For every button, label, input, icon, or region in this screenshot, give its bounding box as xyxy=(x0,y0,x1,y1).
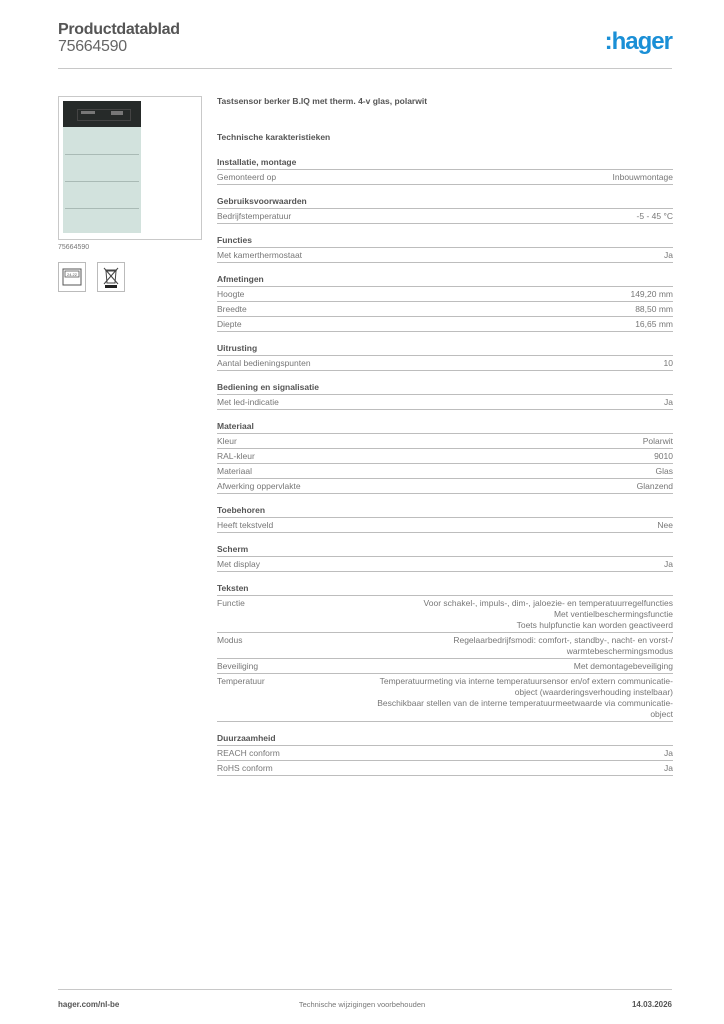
footer-divider xyxy=(58,989,672,990)
spec-value: 16,65 mm xyxy=(635,319,673,330)
spec-section: ToebehorenHeeft tekstveldNee xyxy=(217,505,673,533)
product-title: Tastsensor berker B.IQ met therm. 4-v gl… xyxy=(217,96,673,110)
spec-row: ModusRegelaarbedrijfsmodi: comfort-, sta… xyxy=(217,633,673,659)
spec-value: Ja xyxy=(664,763,673,774)
spec-label: Heeft tekstveld xyxy=(217,520,273,531)
spec-content: Tastsensor berker B.IQ met therm. 4-v gl… xyxy=(217,96,673,776)
section-title: Materiaal xyxy=(217,421,673,434)
spec-row: Afwerking oppervlakteGlanzend xyxy=(217,479,673,494)
spec-value: Glas xyxy=(656,466,673,477)
spec-value: Ja xyxy=(664,250,673,261)
spec-label: Functie xyxy=(217,598,245,631)
spec-value: Temperatuurmeting via interne temperatuu… xyxy=(377,676,673,720)
spec-row: MateriaalGlas xyxy=(217,464,673,479)
spec-label: Hoogte xyxy=(217,289,244,300)
spec-row: REACH conformJa xyxy=(217,746,673,761)
spec-row: TemperatuurTemperatuurmeting via interne… xyxy=(217,674,673,722)
spec-value-line: object (waarderingsverhouding instelbaar… xyxy=(377,687,673,698)
spec-row: Met led-indicatieJa xyxy=(217,395,673,410)
spec-value: 10 xyxy=(664,358,673,369)
spec-value: Inbouwmontage xyxy=(613,172,674,183)
spec-label: REACH conform xyxy=(217,748,280,759)
spec-label: Modus xyxy=(217,635,243,657)
spec-row: Breedte88,50 mm xyxy=(217,302,673,317)
section-title: Installatie, montage xyxy=(217,157,673,170)
section-title: Scherm xyxy=(217,544,673,557)
spec-sections: Installatie, montageGemonteerd opInbouwm… xyxy=(217,157,673,776)
spec-value: Met demontagebeveiliging xyxy=(574,661,673,672)
device-display xyxy=(63,101,141,127)
spec-value-line: Polarwit xyxy=(643,436,673,447)
svg-text:24.22: 24.22 xyxy=(67,272,78,277)
spec-section: GebruiksvoorwaardenBedrijfstemperatuur-5… xyxy=(217,196,673,224)
spec-row: FunctieVoor schakel-, impuls-, dim-, jal… xyxy=(217,596,673,633)
spec-value-line: Ja xyxy=(664,763,673,774)
spec-label: Beveiliging xyxy=(217,661,258,672)
spec-value-line: -5 - 45 °C xyxy=(637,211,673,222)
spec-label: Bedrijfstemperatuur xyxy=(217,211,291,222)
spec-label: Aantal bedieningspunten xyxy=(217,358,311,369)
spec-value-line: warmtebeschermingsmodus xyxy=(453,646,673,657)
spec-value-line: Toets hulpfunctie kan worden geactiveerd xyxy=(424,620,673,631)
section-title: Toebehoren xyxy=(217,505,673,518)
spec-section: SchermMet displayJa xyxy=(217,544,673,572)
spec-row: Aantal bedieningspunten10 xyxy=(217,356,673,371)
spec-value: Polarwit xyxy=(643,436,673,447)
spec-row: Gemonteerd opInbouwmontage xyxy=(217,170,673,185)
spec-label: Temperatuur xyxy=(217,676,265,720)
spec-value-line: Ja xyxy=(664,748,673,759)
spec-row: RoHS conformJa xyxy=(217,761,673,776)
spec-value-line: Glanzend xyxy=(637,481,673,492)
spec-value-line: Glas xyxy=(656,466,673,477)
spec-value-line: Voor schakel-, impuls-, dim-, jaloezie- … xyxy=(424,598,673,609)
knx-display-icon: 24.22 xyxy=(58,262,86,292)
spec-label: Kleur xyxy=(217,436,237,447)
spec-value-line: Met ventielbeschermingsfunctie xyxy=(424,609,673,620)
spec-row: KleurPolarwit xyxy=(217,434,673,449)
spec-value: Nee xyxy=(657,520,673,531)
section-title: Functies xyxy=(217,235,673,248)
spec-section: Bediening en signalisatieMet led-indicat… xyxy=(217,382,673,410)
spec-value-line: Nee xyxy=(657,520,673,531)
spec-value-line: Ja xyxy=(664,250,673,261)
weee-crossed-bin-icon xyxy=(97,262,125,292)
spec-value: -5 - 45 °C xyxy=(637,211,673,222)
spec-value-line: Beschikbaar stellen van de interne tempe… xyxy=(377,698,673,709)
spec-row: Hoogte149,20 mm xyxy=(217,287,673,302)
section-title: Afmetingen xyxy=(217,274,673,287)
spec-value-line: 149,20 mm xyxy=(630,289,673,300)
spec-row: Heeft tekstveldNee xyxy=(217,518,673,533)
spec-value: Regelaarbedrijfsmodi: comfort-, standby-… xyxy=(453,635,673,657)
spec-value-line: Ja xyxy=(664,559,673,570)
spec-value-line: Inbouwmontage xyxy=(613,172,674,183)
spec-value: Ja xyxy=(664,397,673,408)
spec-value-line: 88,50 mm xyxy=(635,304,673,315)
spec-value-line: Regelaarbedrijfsmodi: comfort-, standby-… xyxy=(453,635,673,646)
section-title: Duurzaamheid xyxy=(217,733,673,746)
spec-label: Breedte xyxy=(217,304,247,315)
spec-value: Ja xyxy=(664,559,673,570)
section-title: Teksten xyxy=(217,583,673,596)
spec-section: TekstenFunctieVoor schakel-, impuls-, di… xyxy=(217,583,673,722)
spec-value: Ja xyxy=(664,748,673,759)
spec-value-line: 16,65 mm xyxy=(635,319,673,330)
spec-label: Met display xyxy=(217,559,260,570)
hager-logo: :hager xyxy=(605,28,672,56)
spec-value: 88,50 mm xyxy=(635,304,673,315)
spec-label: Afwerking oppervlakte xyxy=(217,481,301,492)
spec-label: Met led-indicatie xyxy=(217,397,279,408)
spec-row: RAL-kleur9010 xyxy=(217,449,673,464)
spec-row: Met displayJa xyxy=(217,557,673,572)
spec-value-line: 9010 xyxy=(654,451,673,462)
spec-label: Met kamerthermostaat xyxy=(217,250,302,261)
spec-row: BeveiligingMet demontagebeveiliging xyxy=(217,659,673,674)
tech-heading: Technische karakteristieken xyxy=(217,132,673,146)
spec-row: Met kamerthermostaatJa xyxy=(217,248,673,263)
touch-sensor-illustration xyxy=(63,101,141,233)
image-caption: 75664590 xyxy=(58,244,89,251)
spec-section: AfmetingenHoogte149,20 mmBreedte88,50 mm… xyxy=(217,274,673,332)
spec-value-line: object xyxy=(377,709,673,720)
footer-disclaimer: Technische wijzigingen voorbehouden xyxy=(0,1000,724,1009)
footer-date: 14.03.2026 xyxy=(632,1000,672,1009)
header-divider xyxy=(58,68,672,69)
spec-section: DuurzaamheidREACH conformJaRoHS conformJ… xyxy=(217,733,673,776)
spec-value-line: Temperatuurmeting via interne temperatuu… xyxy=(377,676,673,687)
document-title: Productdatablad xyxy=(58,21,180,39)
section-title: Bediening en signalisatie xyxy=(217,382,673,395)
spec-value-line: Met demontagebeveiliging xyxy=(574,661,673,672)
spec-value: 149,20 mm xyxy=(630,289,673,300)
spec-row: Diepte16,65 mm xyxy=(217,317,673,332)
product-image xyxy=(58,96,202,240)
spec-section: UitrustingAantal bedieningspunten10 xyxy=(217,343,673,371)
spec-label: Gemonteerd op xyxy=(217,172,276,183)
spec-section: Installatie, montageGemonteerd opInbouwm… xyxy=(217,157,673,185)
spec-row: Bedrijfstemperatuur-5 - 45 °C xyxy=(217,209,673,224)
spec-label: Diepte xyxy=(217,319,242,330)
spec-value-line: Ja xyxy=(664,397,673,408)
spec-section: FunctiesMet kamerthermostaatJa xyxy=(217,235,673,263)
spec-label: RoHS conform xyxy=(217,763,273,774)
product-number: 75664590 xyxy=(58,38,127,56)
spec-section: MateriaalKleurPolarwitRAL-kleur9010Mater… xyxy=(217,421,673,494)
section-title: Uitrusting xyxy=(217,343,673,356)
spec-value-line: 10 xyxy=(664,358,673,369)
spec-label: RAL-kleur xyxy=(217,451,255,462)
spec-value: 9010 xyxy=(654,451,673,462)
spec-value: Voor schakel-, impuls-, dim-, jaloezie- … xyxy=(424,598,673,631)
spec-value: Glanzend xyxy=(637,481,673,492)
spec-label: Materiaal xyxy=(217,466,252,477)
section-title: Gebruiksvoorwaarden xyxy=(217,196,673,209)
